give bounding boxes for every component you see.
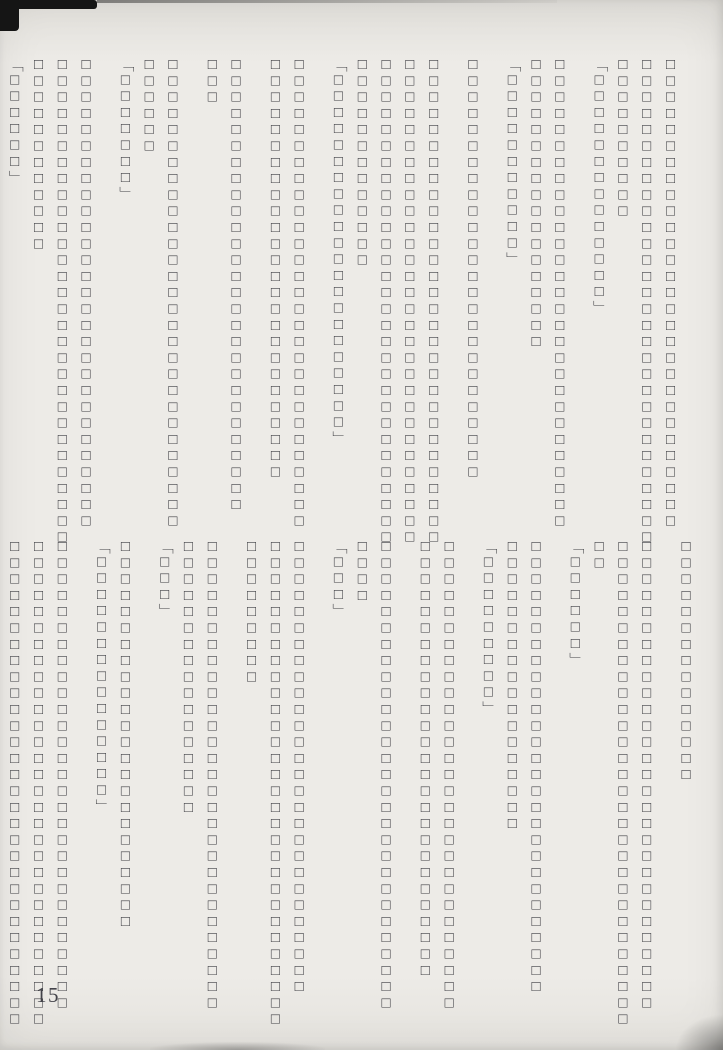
text-column: □□□□□□□□□□ bbox=[610, 57, 634, 531]
text-column: 「□□□」 bbox=[152, 539, 176, 1013]
text-column: □□□□□□□□□□□□□□□□□□□□□□□□□□□□□□ bbox=[49, 57, 73, 531]
text-column: □□□□□□□□□□□□□□□□□□□□□□□□□□□□□□ bbox=[421, 57, 460, 531]
text-column: □□ bbox=[586, 539, 610, 1013]
scan-artifact-top-edge bbox=[97, 0, 557, 3]
text-column: 「□□□□□□」 bbox=[563, 539, 587, 1013]
upper-text-block: □□□□□□□□□□□□□□□□□□□□□□□□□□□□□□□□□□□□□□□□… bbox=[0, 57, 697, 531]
text-column: □□□□□□□□□□□□□□□□□□□□□□□□□□□□ bbox=[523, 539, 562, 1013]
text-column: □□□□□□□□□□□□□□□□□□□□□□□□□□□□□ bbox=[199, 539, 238, 1013]
text-column: □□□□□□□□□□□□□□□□□□□□□□□□□□□□□□ bbox=[610, 539, 634, 1013]
text-column: 「□□□□□□」 bbox=[2, 57, 26, 531]
text-column: □□□□□□□□□□□□□□□□□□ bbox=[523, 57, 547, 531]
text-column: □□□□□□□□□□□□ bbox=[26, 57, 50, 531]
text-column: □□□□□□□□□ bbox=[239, 539, 263, 1013]
text-column: □□□□□□□□□□□□□□□□□□□□□□□□□□□□□ bbox=[634, 539, 673, 1013]
text-column: 「□□□□□□□□□□□□□□□□□□□□□□」 bbox=[326, 57, 350, 531]
text-column: □□□□□□□□□□□□□□□□□□ bbox=[499, 539, 523, 1013]
scan-artifact-bottom-smudge bbox=[150, 1042, 325, 1050]
text-column: 「□□□□□□□」 bbox=[113, 57, 137, 531]
text-column: □□□□□□□□□□□□□□□□□□□□□□□□□□□□□ bbox=[73, 57, 112, 531]
text-column: □□□□□□□□□□□□□□□□□□□□□□□□□□□□□ bbox=[436, 539, 475, 1013]
text-column: □□□□□□□□□□□□□□□□□□□□□□□□□□□□□□ bbox=[634, 57, 658, 531]
text-column: □□□□□□□□□□□□□□□□□□□□□□□□□□ bbox=[263, 57, 287, 531]
text-column: □□□□□□□□□□□□□□□□□□□□□□□□□□□□□ bbox=[160, 57, 199, 531]
text-column: □□□□□□□□□□□□□□□□□□□□□□□□□□□□□ bbox=[49, 539, 88, 1013]
scan-artifact-bottom-right bbox=[675, 1014, 723, 1050]
text-column: 「□□□□□□□□□□□」 bbox=[499, 57, 523, 531]
text-column: 「□□□□□□□□□」 bbox=[476, 539, 500, 1013]
text-column: □□□□□□□□□□□□□□□□□□□□□□□□□□□□□□ bbox=[373, 57, 397, 531]
text-column: □□□□□□□□□□□□□□□□□□□□□□□□□□□□□□ bbox=[263, 539, 287, 1013]
text-column: □□□□□□□□□□□□□□□□□□□□□□□□□□□□□ bbox=[547, 57, 586, 531]
text-column: □□□□□□□□□□□□□□□□□□□□□□□□□□□□ bbox=[286, 539, 325, 1013]
text-column: □□□□□□□□□□□□□□□□□□□□□□□□□□□□□ bbox=[286, 57, 325, 531]
text-column: □□□□□□□□□□□□□□□□□□□□□□□□□□□□□ bbox=[658, 57, 697, 531]
page-number: 15 bbox=[36, 983, 60, 1008]
scan-artifact-top-left-corner bbox=[0, 0, 19, 31]
text-column: □□□□□□□□□□□□□□□□□□□□□□□□ bbox=[113, 539, 152, 1013]
text-column: 「□□□□□□□□□□□□□□」 bbox=[586, 57, 610, 531]
text-column: □□□□ bbox=[349, 539, 373, 1013]
text-column: □□□□□□□□□□□□□□□□□□□□□□□□□□□□□ bbox=[373, 539, 412, 1013]
text-column: 「□□□」 bbox=[326, 539, 350, 1013]
lower-text-block: □□□□□□□□□□□□□□□□□□□□□□□□□□□□□□□□□□□□□□□□… bbox=[0, 539, 697, 1013]
text-column: □□□□□□□□□□□□□□□□□□□□□□□□□□□□□□ bbox=[2, 539, 26, 1013]
text-column: □□□ bbox=[199, 57, 223, 531]
text-column: □□□□□□ bbox=[136, 57, 160, 531]
text-column: □□□□□□□□□□□□□□□□□□□□□□□□□□□□□□ bbox=[26, 539, 50, 1013]
scanned-page: □□□□□□□□□□□□□□□□□□□□□□□□□□□□□□□□□□□□□□□□… bbox=[0, 0, 723, 1050]
text-column: □□□□□□□□□□□□□□□□□□□□□□□□□□ bbox=[460, 57, 499, 531]
text-column: □□□□□□□□□□□□□□□□□□□□□□□□□□□□ bbox=[223, 57, 262, 531]
text-column: 「□□□□□□□□□□□□□□□」 bbox=[89, 539, 113, 1013]
text-column: □□□□□□□□□□□□□□□□□ bbox=[176, 539, 200, 1013]
text-column: □□□□□□□□□□□□□□□□□□□□□□□□□□□ bbox=[413, 539, 437, 1013]
text-column: □□□□□□□□□□□□□□□ bbox=[673, 539, 697, 1013]
text-column: □□□□□□□□□□□□□□□□□□□□□□□□□□□□□□ bbox=[397, 57, 421, 531]
text-column: □□□□□□□□□□□□□ bbox=[349, 57, 373, 531]
